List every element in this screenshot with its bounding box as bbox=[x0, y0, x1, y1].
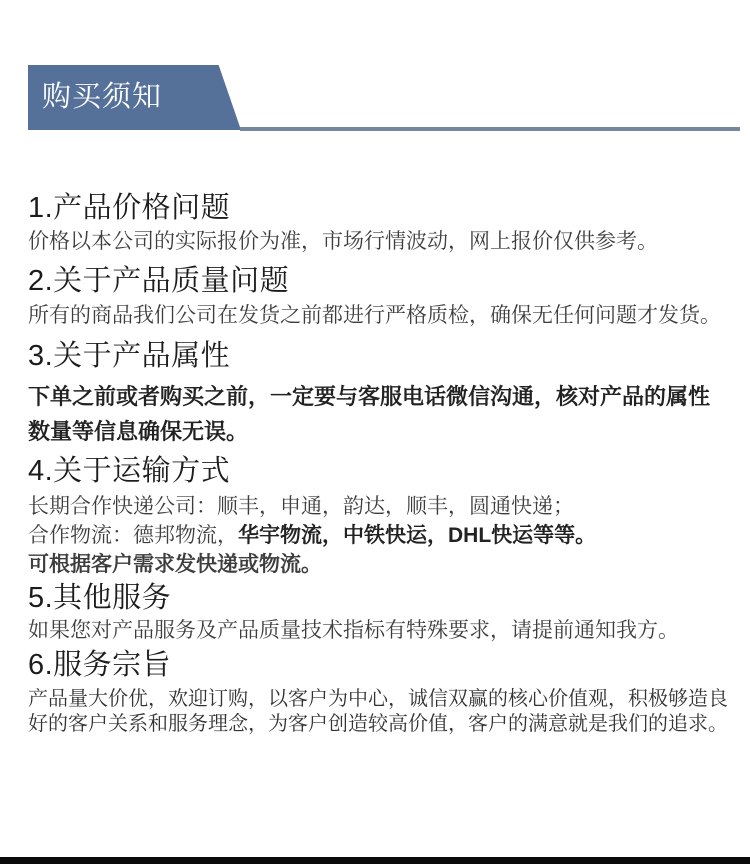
section-1-heading: 1.产品价格问题 bbox=[28, 190, 730, 226]
section-6-body: 产品量大价优，欢迎订购，以客户为中心，诚信双赢的核心价值观，积极够造良好的客户关… bbox=[28, 687, 730, 737]
section-4-body: 长期合作快递公司：顺丰，申通，韵达，顺丰，圆通快递； 合作物流：德邦物流，华宇物… bbox=[28, 492, 730, 579]
section-3-body: 下单之前或者购买之前，一定要与客服电话微信沟通，核对产品的属性数量等信息确保无误… bbox=[28, 379, 730, 449]
shipping-logistics-regular: 合作物流：德邦物流， bbox=[28, 524, 238, 547]
shipping-logistics-bold: 华宇物流，中铁快运，DHL快运等等。 bbox=[238, 524, 596, 547]
shipping-express-line: 长期合作快递公司：顺丰，申通，韵达，顺丰，圆通快递； bbox=[28, 492, 730, 521]
section-4-heading: 4.关于运输方式 bbox=[28, 453, 730, 489]
bottom-divider-bar bbox=[0, 857, 750, 864]
section-3-heading: 3.关于产品属性 bbox=[28, 338, 730, 374]
section-1-body: 价格以本公司的实际报价为准，市场行情波动，网上报价仅供参考。 bbox=[28, 228, 730, 256]
section-6-heading: 6.服务宗旨 bbox=[28, 647, 730, 683]
shipping-logistics-line: 合作物流：德邦物流，华宇物流，中铁快运，DHL快运等等。 bbox=[28, 521, 730, 550]
notice-content: 1.产品价格问题 价格以本公司的实际报价为准，市场行情波动，网上报价仅供参考。 … bbox=[0, 130, 750, 737]
banner-title: 购买须知 bbox=[28, 65, 241, 129]
section-5-heading: 5.其他服务 bbox=[28, 580, 730, 616]
shipping-note-line: 可根据客户需求发快递或物流。 bbox=[28, 550, 730, 579]
purchase-notice-banner: 购买须知 bbox=[28, 65, 241, 130]
section-2-body: 所有的商品我们公司在发货之前都进行严格质检，确保无任何问题才发货。 bbox=[28, 302, 730, 330]
section-5-body: 如果您对产品服务及产品质量技术指标有特殊要求，请提前通知我方。 bbox=[28, 617, 730, 645]
section-2-heading: 2.关于产品质量问题 bbox=[28, 263, 730, 299]
